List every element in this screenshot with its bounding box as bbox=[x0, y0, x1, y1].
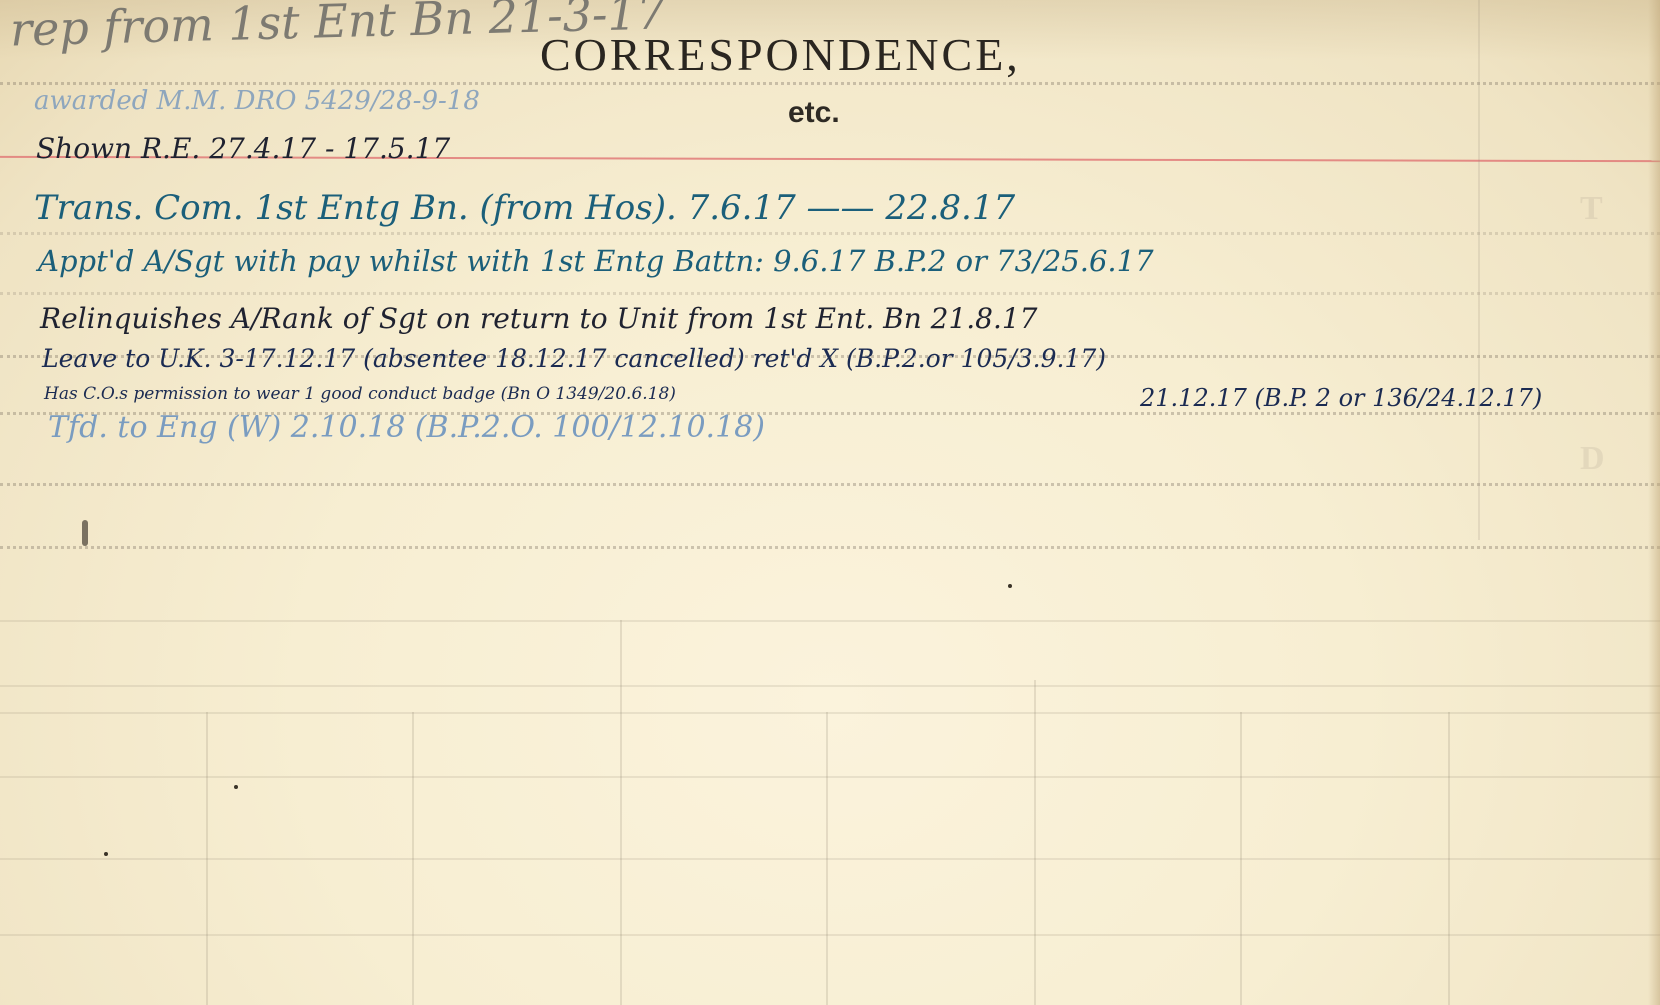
grid-line bbox=[0, 858, 1660, 860]
entry-leave: Leave to U.K. 3-17.12.17 (absentee 18.12… bbox=[42, 344, 1106, 373]
entry-transfer: Trans. Com. 1st Entg Bn. (from Hos). 7.6… bbox=[34, 188, 1015, 228]
ink-speck bbox=[1008, 584, 1012, 588]
grid-line bbox=[1034, 680, 1036, 1005]
grid-line bbox=[206, 712, 208, 1005]
grid-line bbox=[0, 620, 1660, 622]
entry-conduct-badge: Has C.O.s permission to wear 1 good cond… bbox=[44, 384, 676, 404]
entry-appointed: Appt'd A/Sgt with pay whilst with 1st En… bbox=[38, 244, 1154, 278]
ink-speck bbox=[104, 852, 108, 856]
bleed-through-text: T bbox=[1580, 190, 1603, 228]
column-rule bbox=[1478, 0, 1480, 540]
grid-line bbox=[0, 685, 1660, 687]
bleed-through-text: D bbox=[1580, 440, 1605, 478]
ruled-line bbox=[0, 232, 1660, 235]
ruled-line bbox=[0, 82, 1660, 85]
ink-speck bbox=[234, 785, 238, 789]
grid-line bbox=[0, 712, 1660, 714]
ruled-line bbox=[0, 483, 1660, 486]
entry-shown: Shown R.E. 27.4.17 - 17.5.17 bbox=[36, 132, 450, 165]
grid-line bbox=[1240, 712, 1242, 1005]
grid-line bbox=[826, 712, 828, 1005]
card-subtitle: etc. bbox=[788, 96, 840, 130]
grid-line bbox=[1448, 712, 1450, 1005]
grid-line bbox=[0, 776, 1660, 778]
service-record-card: CORRESPONDENCE, etc. T D rep from 1st En… bbox=[0, 0, 1660, 1005]
ruled-line bbox=[0, 292, 1660, 295]
entry-awarded: awarded M.M. DRO 5429/28-9-18 bbox=[34, 86, 480, 116]
ruled-line bbox=[0, 546, 1660, 549]
entry-transferred: Tfd. to Eng (W) 2.10.18 (B.P.2.O. 100/12… bbox=[48, 410, 765, 445]
entry-leave-return: 21.12.17 (B.P. 2 or 136/24.12.17) bbox=[1140, 384, 1542, 412]
entry-relinquishes: Relinquishes A/Rank of Sgt on return to … bbox=[40, 302, 1038, 335]
grid-line bbox=[412, 712, 414, 1005]
ink-mark bbox=[82, 520, 88, 546]
grid-line bbox=[620, 620, 622, 1005]
grid-line bbox=[0, 934, 1660, 936]
